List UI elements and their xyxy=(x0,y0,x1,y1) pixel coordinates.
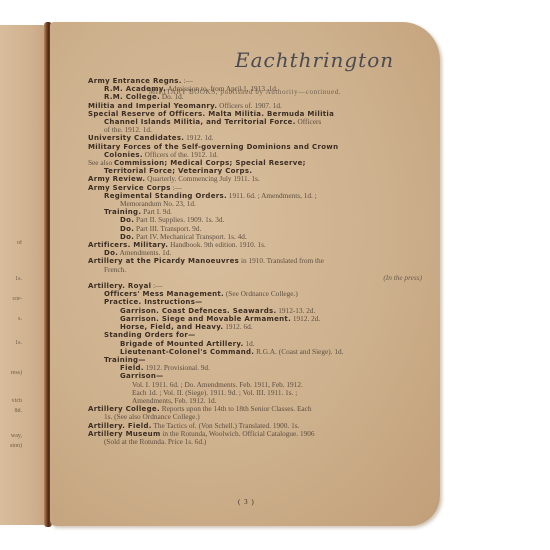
left-page-text-fragment: cor- xyxy=(0,296,22,302)
catalogue-entry: Garrison. Coast Defences. Seawards. 1912… xyxy=(88,307,438,315)
entry-detail: Handbook. 9th edition. 1910. 1s. xyxy=(168,240,266,249)
catalogue-entry: Horse, Field, and Heavy. 1912. 6d. xyxy=(88,323,438,331)
left-facing-page: of 1s.cor-s. 1s.ress)vich 8d.way,ston) xyxy=(0,25,48,525)
catalogue-entry: Special Reserve of Officers. Malta Milit… xyxy=(88,110,438,118)
entry-title: University Candidates. xyxy=(88,134,184,142)
entry-title: Officers' Mess Management. xyxy=(104,290,224,298)
entry-detail: Officers of the. 1912. 1d. xyxy=(143,150,218,159)
entry-title: Training— xyxy=(104,356,146,364)
entry-title: Field. xyxy=(120,364,144,372)
entry-title: Do. xyxy=(120,225,134,233)
entry-detail: Quarterly. Commencing July 1911. 1s. xyxy=(145,174,259,183)
catalogue-entry: Army Review. Quarterly. Commencing July … xyxy=(88,175,438,183)
catalogue-entry: Garrison. Siege and Movable Armament. 19… xyxy=(88,315,438,323)
page-number: ( 3 ) xyxy=(238,498,255,506)
entry-detail: (See Ordnance College.) xyxy=(224,289,298,298)
catalogue-entry: Artillery at the Picardy Manoeuvres in 1… xyxy=(88,257,438,265)
entry-detail: in 1910. Translated from the xyxy=(239,256,324,265)
entry-title: Army Review. xyxy=(88,175,145,183)
entry-title: Artillery. Royal xyxy=(88,282,151,290)
catalogue-entry: See also Commission; Medical Corps; Spec… xyxy=(88,159,438,167)
entry-title: Horse, Field, and Heavy. xyxy=(120,323,223,331)
entry-detail: :— xyxy=(151,281,162,290)
entry-detail: 1912. 1d. xyxy=(184,133,213,142)
entry-detail: of the. 1912. 1d. xyxy=(104,125,152,134)
left-page-text-fragment: way, xyxy=(0,433,22,439)
entry-detail: 1912. Provisional. 9d. xyxy=(144,363,210,372)
entry-detail: :— xyxy=(171,183,182,192)
left-page-text-fragment: ress) xyxy=(0,370,22,376)
left-page-text-fragment: ston) xyxy=(0,443,22,449)
entry-title: Garrison. Siege and Movable Armament. xyxy=(120,315,291,323)
catalogue-entry: Lieutenant-Colonel's Command. R.G.A. (Co… xyxy=(88,348,438,356)
entry-detail: 1912. 6d. xyxy=(223,322,252,331)
entry-detail: 1911. 6d. ; Amendments, 1d. ; xyxy=(227,191,317,200)
catalogue-entry: Practice. Instructions— xyxy=(88,298,438,306)
catalogue-entry: Colonies. Officers of the. 1912. 1d. xyxy=(88,151,438,159)
entry-title: Militia and Imperial Yeomanry. xyxy=(88,102,217,110)
left-page-text-fragment: 1s. xyxy=(0,340,22,346)
catalogue-entry: Militia and Imperial Yeomanry. Officers … xyxy=(88,102,438,110)
entry-detail: Do. 1d. xyxy=(160,92,184,101)
entry-detail: R.G.A. (Coast and Siege). 1d. xyxy=(254,347,343,356)
entry-detail: French. xyxy=(104,265,126,274)
entry-title: Artillery. Field. xyxy=(88,422,152,430)
entry-title: Standing Orders for— xyxy=(104,331,195,339)
left-page-text-fragment: s. xyxy=(0,316,22,322)
entry-detail: Amendments. 1d. xyxy=(118,248,171,257)
catalogue-entry: Training— xyxy=(88,356,438,364)
catalogue-entry: Standing Orders for— xyxy=(88,331,438,339)
entry-detail: See also xyxy=(88,158,114,167)
entry-title: Commission; Medical Corps; Special Reser… xyxy=(114,159,306,167)
entry-detail: (Sold at the Rotunda. Price 1s. 6d.) xyxy=(104,437,206,446)
entry-title: Garrison. Coast Defences. Seawards. xyxy=(120,307,276,315)
entry-title: Army Service Corps xyxy=(88,184,171,192)
left-page-text-fragment: vich xyxy=(0,398,22,404)
catalogue-entry: Officers' Mess Management. (See Ordnance… xyxy=(88,290,438,298)
left-page-text-fragment: 1s. xyxy=(0,276,22,282)
entry-detail: 1912. 2d. xyxy=(291,314,320,323)
entry-title: Do. xyxy=(120,216,134,224)
entry-title: Brigade of Mounted Artillery. xyxy=(120,340,244,348)
catalogue-entry: Military Forces of the Self-governing Do… xyxy=(88,143,438,151)
left-page-text-fragment: 8d. xyxy=(0,408,22,414)
catalogue-entry: (Sold at the Rotunda. Price 1s. 6d.) xyxy=(88,438,438,446)
handwritten-signature: Eachthrington xyxy=(235,48,394,72)
entry-detail: Officers of. 1907. 1d. xyxy=(217,101,282,110)
entry-title: R.M. Academy. xyxy=(104,85,166,93)
entry-detail: Officers xyxy=(296,117,322,126)
entry-title: Do. xyxy=(120,233,134,241)
left-page-text-fragment: of xyxy=(0,240,22,246)
entry-title: R.M. College. xyxy=(104,93,160,101)
catalogue-entry: University Candidates. 1912. 1d. xyxy=(88,134,438,142)
entry-title: Practice. Instructions— xyxy=(104,298,202,306)
catalogue-entry: (In the press) xyxy=(88,274,438,282)
catalogue-entry: Field. 1912. Provisional. 9d. xyxy=(88,364,438,372)
entry-detail: 1d. xyxy=(244,339,255,348)
book-page: Eachthrington MILITARY BOOKS, published … xyxy=(50,22,440,526)
entry-title: Lieutenant-Colonel's Command. xyxy=(120,348,254,356)
entry-list: Army Entrance Regns. :—R.M. Academy. Adm… xyxy=(88,77,438,446)
entry-note: (In the press) xyxy=(383,273,422,282)
